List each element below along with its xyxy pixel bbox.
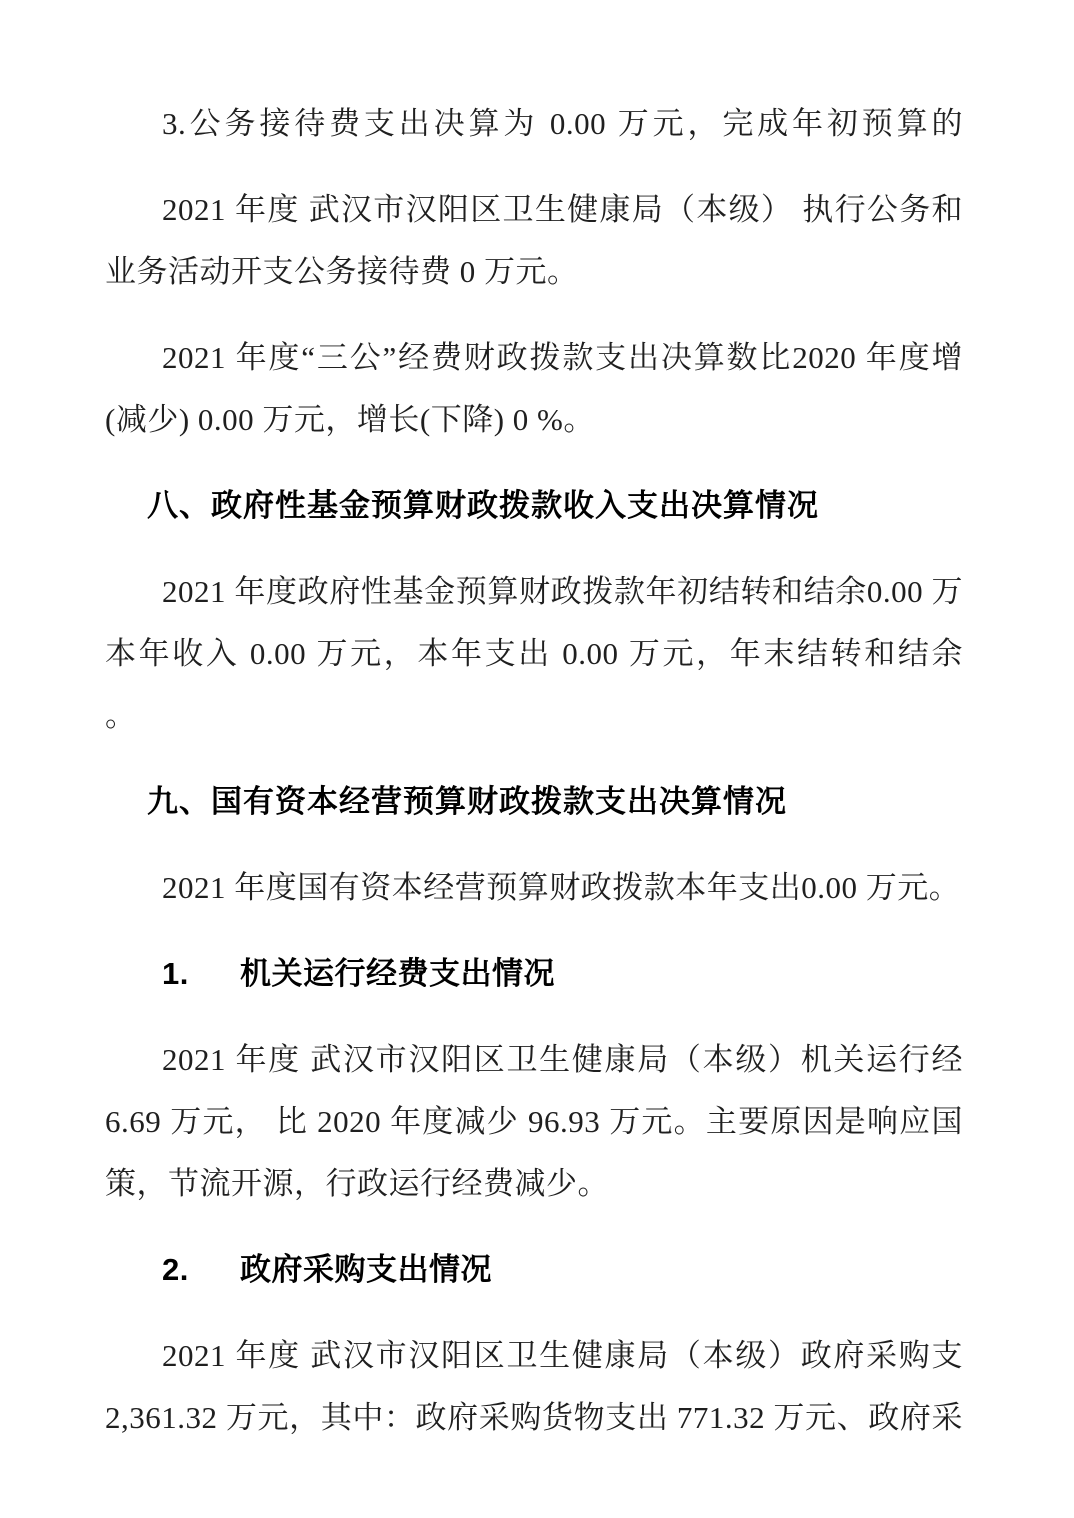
subheading-label: 政府采购支出情况 — [240, 1252, 492, 1287]
subsection-heading-government-procurement: 2.政府采购支出情况 — [105, 1239, 963, 1301]
section-heading: 八、政府性基金预算财政拨款收入支出决算情况 — [105, 475, 963, 537]
paragraph-official-reception-detail: 2021 年度 武汉市汉阳区卫生健康局（本级） 执行公务和开展 业务活动开支公务… — [105, 179, 963, 303]
body-line: 2021 年度国有资本经营预算财政拨款本年支出0.00 万元。 — [105, 857, 963, 919]
subsection-heading: 2.政府采购支出情况 — [105, 1239, 963, 1301]
document-content: 3.公务接待费支出决算为 0.00 万元，完成年初预算的 100%。 2021 … — [0, 0, 1074, 1449]
body-line: 2021 年度“三公”经费财政拨款支出决算数比2020 年度增加 — [105, 327, 963, 389]
subheading-number: 2. — [162, 1239, 240, 1301]
body-line: 。 — [105, 685, 963, 747]
paragraph-three-public-change: 2021 年度“三公”经费财政拨款支出决算数比2020 年度增加 (减少) 0.… — [105, 327, 963, 451]
paragraph-government-funds-detail: 2021 年度政府性基金预算财政拨款年初结转和结余0.00 万元， 本年收入 0… — [105, 561, 963, 747]
paragraph-official-reception-total: 3.公务接待费支出决算为 0.00 万元，完成年初预算的 100%。 — [105, 93, 963, 155]
section-heading-state-capital: 九、国有资本经营预算财政拨款支出决算情况 — [105, 771, 963, 833]
paragraph-government-procurement: 2021 年度 武汉市汉阳区卫生健康局（本级）政府采购支出总额 2,361.32… — [105, 1325, 963, 1449]
subsection-heading: 1.机关运行经费支出情况 — [105, 943, 963, 1005]
document-page: 3.公务接待费支出决算为 0.00 万元，完成年初预算的 100%。 2021 … — [0, 0, 1074, 1518]
paragraph-agency-operating-costs: 2021 年度 武汉市汉阳区卫生健康局（本级）机关运行经费支出 6.69 万元，… — [105, 1029, 963, 1215]
subheading-number: 1. — [162, 943, 240, 1005]
body-line: 2,361.32 万元，其中：政府采购货物支出 771.32 万元、政府采购工 — [105, 1387, 963, 1449]
body-line: 策，节流开源，行政运行经费减少。 — [105, 1153, 963, 1215]
body-line: 业务活动开支公务接待费 0 万元。 — [105, 241, 963, 303]
body-line: (减少) 0.00 万元，增长(下降) 0 %。 — [105, 389, 963, 451]
body-line: 6.69 万元， 比 2020 年度减少 96.93 万元。主要原因是响应国家政 — [105, 1091, 963, 1153]
subsection-heading-agency-operating-costs: 1.机关运行经费支出情况 — [105, 943, 963, 1005]
section-heading-government-funds: 八、政府性基金预算财政拨款收入支出决算情况 — [105, 475, 963, 537]
body-line: 2021 年度政府性基金预算财政拨款年初结转和结余0.00 万元， — [105, 561, 963, 623]
body-line: 本年收入 0.00 万元，本年支出 0.00 万元，年末结转和结余 0.00 万… — [105, 623, 963, 685]
paragraph-state-capital-detail: 2021 年度国有资本经营预算财政拨款本年支出0.00 万元。 — [105, 857, 963, 919]
subheading-label: 机关运行经费支出情况 — [240, 956, 555, 991]
body-line: 2021 年度 武汉市汉阳区卫生健康局（本级）机关运行经费支出 — [105, 1029, 963, 1091]
section-heading: 九、国有资本经营预算财政拨款支出决算情况 — [105, 771, 963, 833]
body-line: 3.公务接待费支出决算为 0.00 万元，完成年初预算的 100%。 — [105, 93, 963, 155]
body-line: 2021 年度 武汉市汉阳区卫生健康局（本级） 执行公务和开展 — [105, 179, 963, 241]
body-line: 2021 年度 武汉市汉阳区卫生健康局（本级）政府采购支出总额 — [105, 1325, 963, 1387]
